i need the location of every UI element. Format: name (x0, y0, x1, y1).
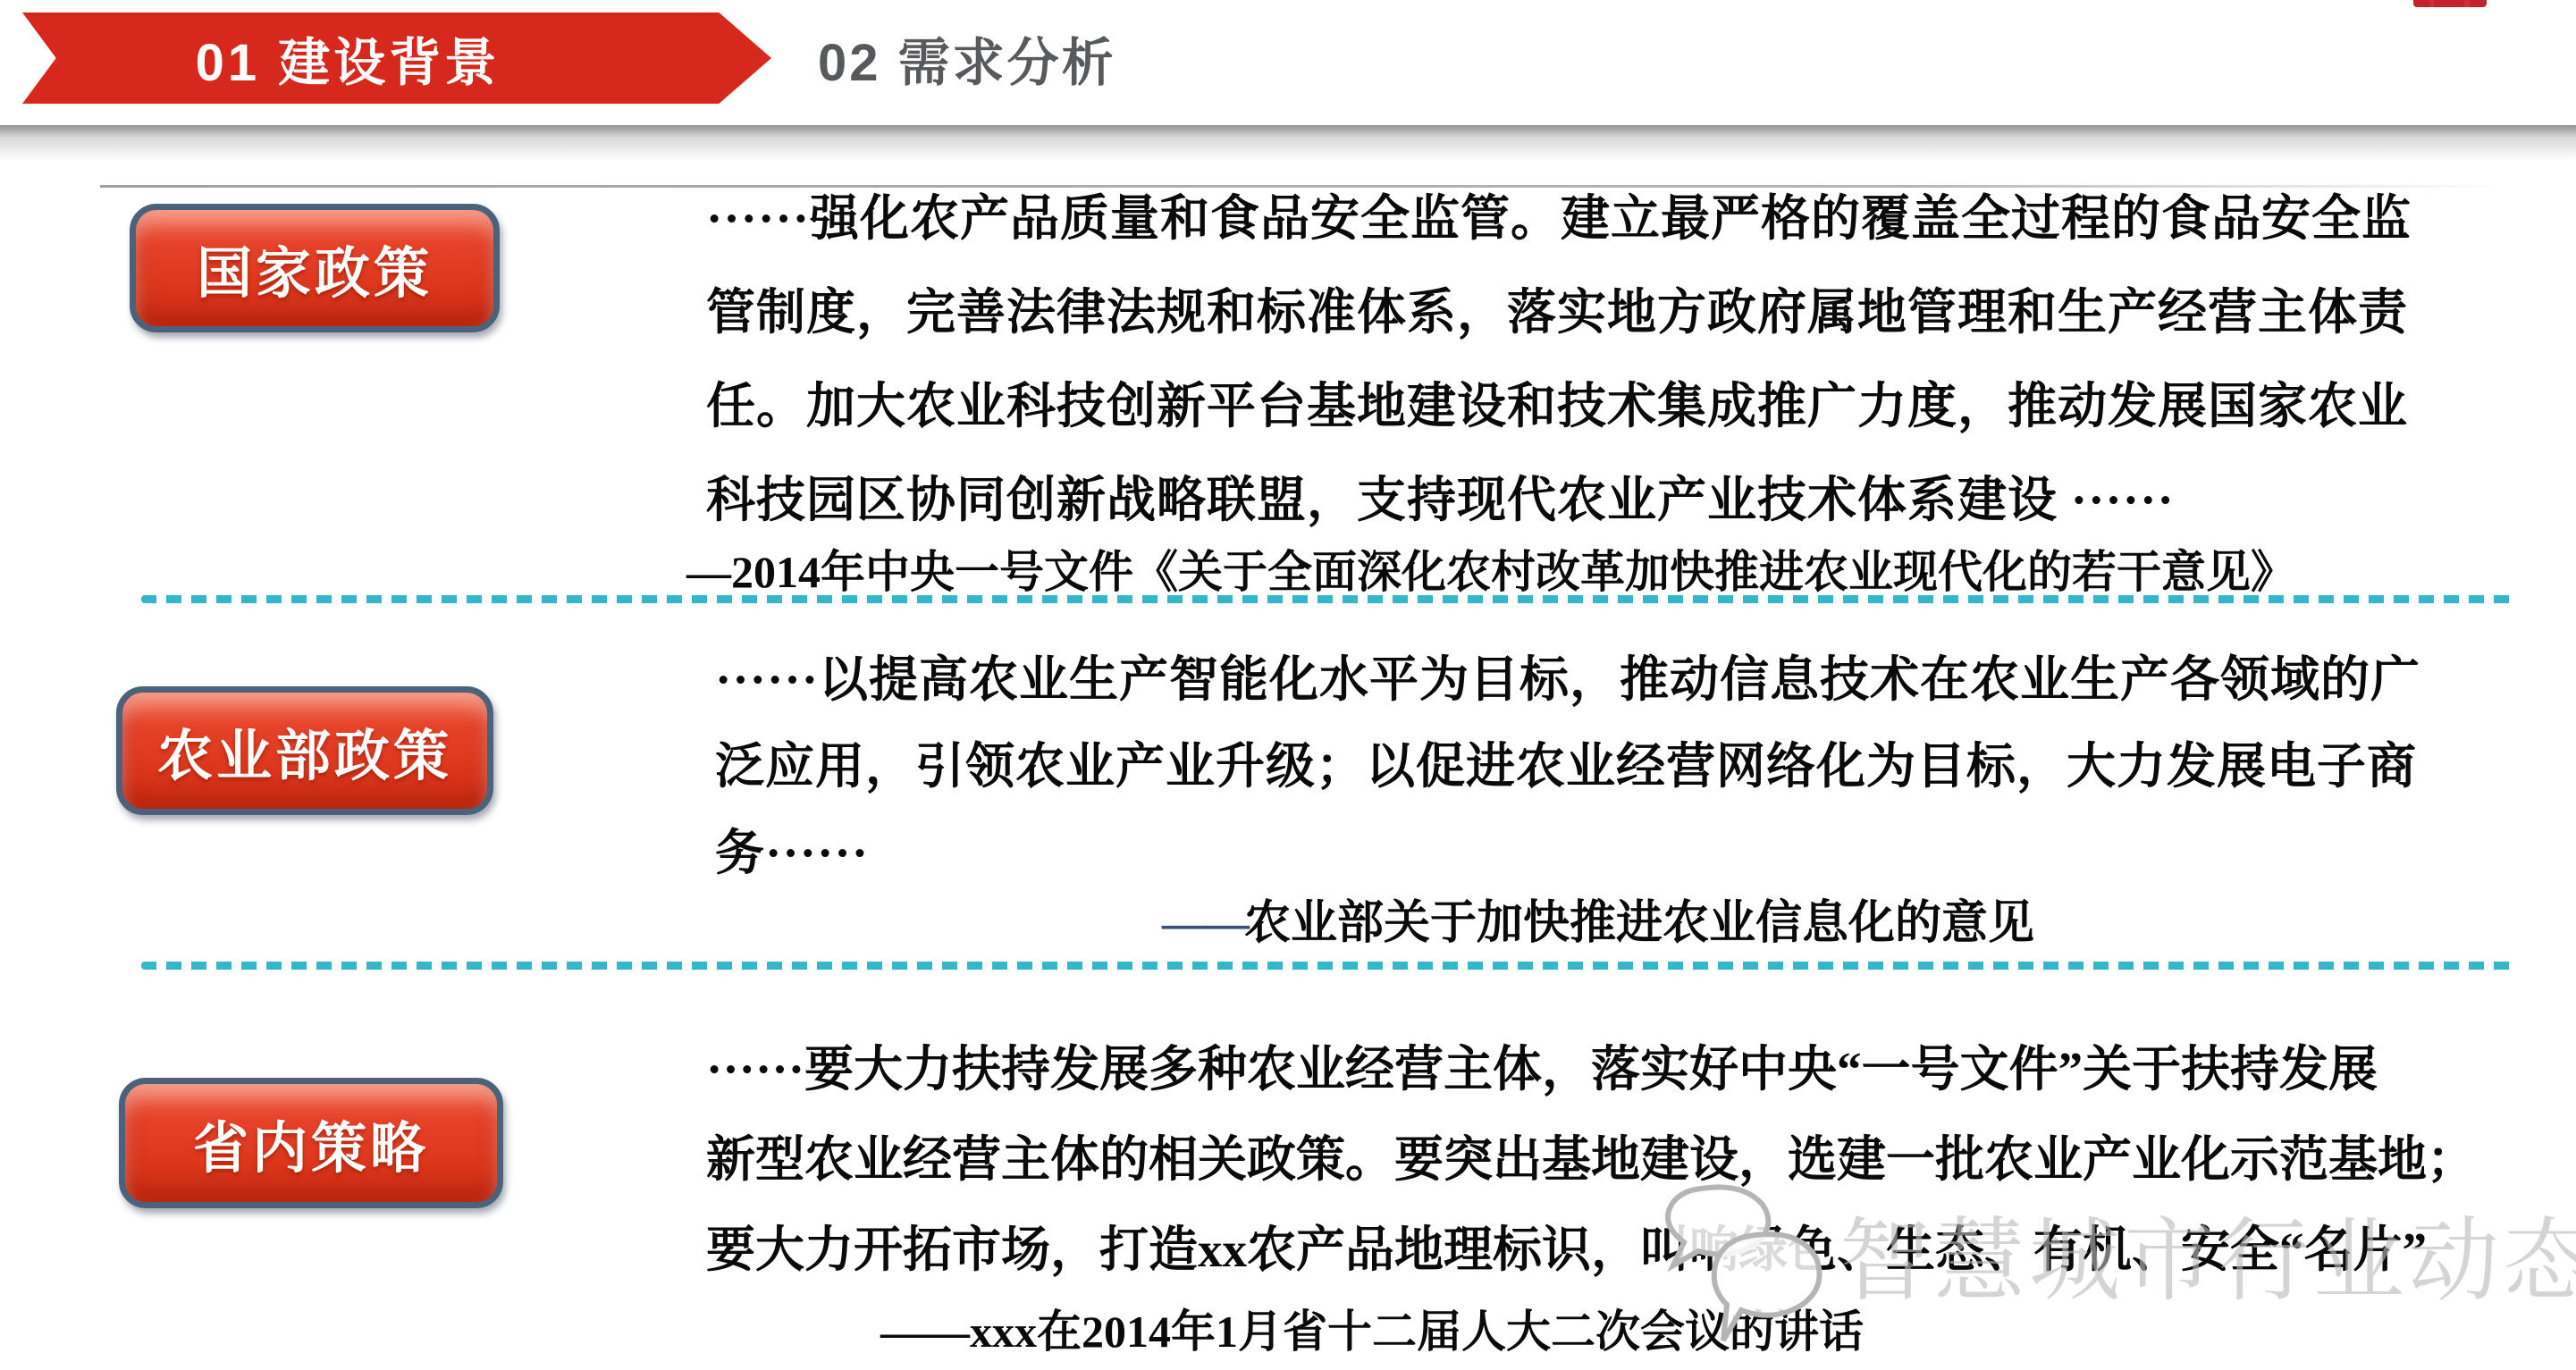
tab-inactive-label: 02 需求分析 (818, 21, 1116, 96)
speech-bubbles-icon (1652, 1176, 1875, 1355)
text-line: 科技园区协同创新战略联盟，支持现代农业产业技术体系建设 ······ (706, 453, 2412, 547)
slide: 01 建设背景 02 需求分析 国家政策 ······强化农产品质量和食品安全监… (0, 0, 2576, 1370)
button-ministry-policy[interactable]: 农业部政策 (116, 686, 493, 815)
header-shadow (0, 125, 2576, 161)
paragraph-ministry-policy: ······以提高农业生产智能化水平为目标，推动信息技术在农业生产各领域的广 泛… (715, 636, 2420, 896)
tab-demand-analysis[interactable]: 02 需求分析 (818, 13, 1116, 104)
text-line: ······以提高农业生产智能化水平为目标，推动信息技术在农业生产各领域的广 (715, 636, 2420, 723)
citation-dash: —— (1162, 898, 1244, 949)
text-line: ······要大力扶持发展多种农业经营主体，落实好中央“一号文件”关于扶持发展 (706, 1024, 2476, 1114)
button-provincial-strategy-label: 省内策略 (193, 1104, 429, 1183)
citation-central-document: —2014年中央一号文件《关于全面深化农村改革加快推进农业现代化的若干意见》 (686, 536, 2295, 601)
button-national-policy[interactable]: 国家政策 (130, 204, 500, 332)
text-line: 任。加大农业科技创新平台基地建设和技术集成推广力度，推动发展国家农业 (706, 359, 2412, 453)
cropped-red-mark (2413, 0, 2487, 7)
watermark-text: 智慧城市行业动态 (1839, 1189, 2576, 1319)
dashed-divider (141, 962, 2513, 970)
tab-active-build-background[interactable]: 01 建设背景 (22, 13, 771, 104)
citation-text: 农业部关于加快推进农业信息化的意见 (1244, 898, 2034, 949)
button-provincial-strategy[interactable]: 省内策略 (119, 1078, 503, 1208)
button-national-policy-label: 国家政策 (197, 229, 433, 308)
dashed-divider (141, 595, 2513, 603)
citation-ministry-opinion: ——农业部关于加快推进农业信息化的意见 (1162, 885, 2034, 952)
tab-active-label: 01 建设背景 (196, 21, 599, 96)
text-line: 管制度，完善法律法规和标准体系，落实地方政府属地管理和生产经营主体责 (706, 265, 2412, 359)
text-line: ······强化农产品质量和食品安全监管。建立最严格的覆盖全过程的食品安全监 (706, 172, 2412, 265)
paragraph-national-policy: ······强化农产品质量和食品安全监管。建立最严格的覆盖全过程的食品安全监 管… (706, 172, 2412, 547)
button-ministry-policy-label: 农业部政策 (157, 711, 452, 791)
header-bar: 01 建设背景 02 需求分析 (0, 0, 2576, 125)
text-line: 泛应用，引领农业产业升级；以促进农业经营网络化为目标，大力发展电子商 (715, 723, 2420, 810)
text-line: 务······ (715, 810, 2420, 896)
